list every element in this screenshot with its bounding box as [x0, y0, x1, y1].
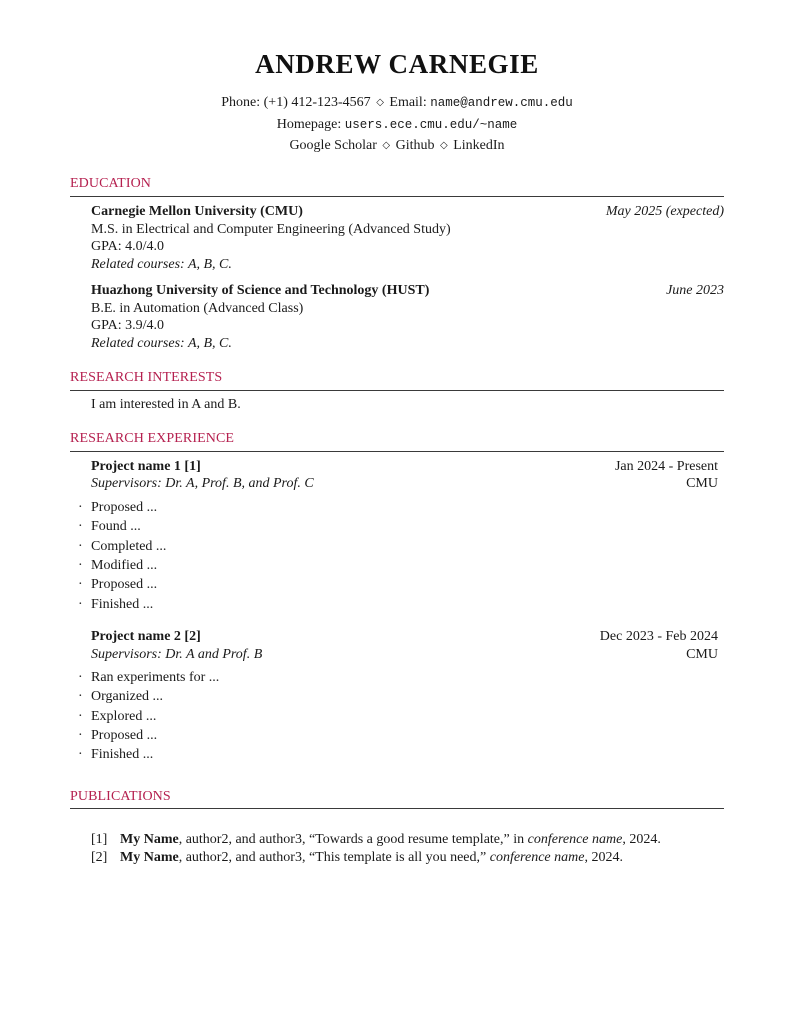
section-divider: [70, 196, 724, 197]
education-date: May 2025 (expected): [606, 204, 724, 220]
bullet-item: Modified ...: [91, 558, 157, 574]
email-label: Email:: [389, 95, 426, 110]
publication-title: “This template is all you need,”: [309, 850, 490, 865]
degree: B.E. in Automation (Advanced Class): [91, 301, 303, 317]
section-title-research-experience: RESEARCH EXPERIENCE: [70, 431, 724, 447]
project-name: Project name 1 [1]: [91, 459, 201, 475]
diamond-separator-icon: ◇: [380, 140, 392, 151]
bullet-item: Organized ...: [91, 689, 163, 705]
section-divider: [70, 808, 724, 809]
project-date: Dec 2023 - Feb 2024: [600, 629, 718, 645]
bullet-dot-icon: ·: [78, 597, 83, 613]
publication-title: “Towards a good resume template,” in: [309, 832, 528, 847]
degree: M.S. in Electrical and Computer Engineer…: [91, 222, 451, 238]
bullet-dot-icon: ·: [78, 519, 83, 535]
school-name: Huazhong University of Science and Techn…: [91, 283, 429, 299]
bullet-dot-icon: ·: [78, 500, 83, 516]
publication-authors: , author2, and author3,: [179, 850, 309, 865]
candidate-name: ANDREW CARNEGIE: [70, 49, 724, 80]
bullet-item: Ran experiments for ...: [91, 670, 219, 686]
publication-venue: conference name: [528, 832, 623, 847]
bullet-item: Proposed ...: [91, 500, 157, 516]
section-divider: [70, 451, 724, 452]
section-title-research-interests: RESEARCH INTERESTS: [70, 370, 724, 386]
bullet-item: Explored ...: [91, 709, 156, 725]
bullet-dot-icon: ·: [78, 539, 83, 555]
publication-year: , 2024.: [584, 850, 623, 865]
diamond-separator-icon: ◇: [374, 97, 386, 108]
bullet-dot-icon: ·: [78, 728, 83, 744]
bullet-item: Found ...: [91, 519, 141, 535]
email-link[interactable]: name@andrew.cmu.edu: [430, 96, 573, 110]
contact-line-phone-email: Phone: (+1) 412-123-4567 ◇ Email: name@a…: [70, 95, 724, 111]
phone-label: Phone:: [221, 95, 260, 110]
publication-self-author: My Name: [120, 850, 179, 865]
diamond-separator-icon: ◇: [438, 140, 450, 151]
section-divider: [70, 390, 724, 391]
publication-label: [2]: [91, 850, 107, 866]
bullet-dot-icon: ·: [78, 558, 83, 574]
section-title-publications: PUBLICATIONS: [70, 789, 724, 805]
github-link[interactable]: Github: [396, 138, 435, 153]
homepage-link[interactable]: users.ece.cmu.edu/~name: [345, 118, 518, 132]
bullet-dot-icon: ·: [78, 577, 83, 593]
homepage-label: Homepage:: [277, 117, 342, 132]
publication-label: [1]: [91, 832, 107, 848]
section-title-education: EDUCATION: [70, 176, 724, 192]
education-date: June 2023: [666, 283, 724, 299]
bullet-dot-icon: ·: [78, 709, 83, 725]
contact-line-profiles: Google Scholar ◇ Github ◇ LinkedIn: [70, 138, 724, 154]
project-location: CMU: [686, 476, 718, 492]
related-courses: Related courses: A, B, C.: [91, 257, 232, 273]
publication-citation: My Name, author2, and author3, “Towards …: [120, 832, 661, 848]
project-location: CMU: [686, 647, 718, 663]
related-courses: Related courses: A, B, C.: [91, 336, 232, 352]
phone-number: (+1) 412-123-4567: [264, 95, 371, 110]
bullet-item: Finished ...: [91, 597, 153, 613]
research-interests-text: I am interested in A and B.: [91, 397, 241, 413]
publication-self-author: My Name: [120, 832, 179, 847]
publication-authors: , author2, and author3,: [179, 832, 309, 847]
publication-year: , 2024.: [622, 832, 661, 847]
project-supervisors: Supervisors: Dr. A, Prof. B, and Prof. C: [91, 476, 314, 492]
bullet-item: Proposed ...: [91, 577, 157, 593]
contact-line-homepage: Homepage: users.ece.cmu.edu/~name: [70, 117, 724, 133]
project-supervisors: Supervisors: Dr. A and Prof. B: [91, 647, 262, 663]
gpa: GPA: 3.9/4.0: [91, 318, 164, 334]
gpa: GPA: 4.0/4.0: [91, 239, 164, 255]
bullet-dot-icon: ·: [78, 747, 83, 763]
school-name: Carnegie Mellon University (CMU): [91, 204, 303, 220]
google-scholar-link[interactable]: Google Scholar: [289, 138, 376, 153]
project-date: Jan 2024 - Present: [615, 459, 718, 475]
bullet-item: Completed ...: [91, 539, 166, 555]
publication-citation: My Name, author2, and author3, “This tem…: [120, 850, 623, 866]
publication-venue: conference name: [490, 850, 585, 865]
bullet-item: Proposed ...: [91, 728, 157, 744]
linkedin-link[interactable]: LinkedIn: [453, 138, 504, 153]
bullet-dot-icon: ·: [78, 689, 83, 705]
bullet-dot-icon: ·: [78, 670, 83, 686]
bullet-item: Finished ...: [91, 747, 153, 763]
project-name: Project name 2 [2]: [91, 629, 201, 645]
